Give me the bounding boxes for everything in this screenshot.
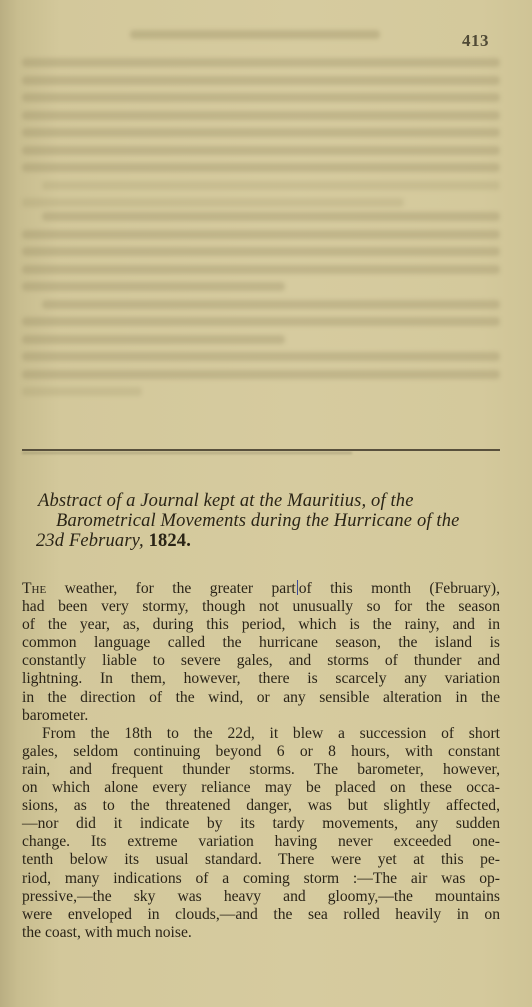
section-divider-rule (22, 449, 500, 451)
paragraph-2: From the 18th to the 22d, it blew a succ… (22, 725, 500, 942)
faded-line (42, 212, 500, 221)
text-line: rain, and frequent thunder storms. The b… (22, 761, 500, 779)
text-line: of the year, as, during this period, whi… (22, 616, 500, 634)
faded-line (22, 370, 500, 379)
faded-line (22, 146, 500, 155)
faded-line (22, 247, 500, 256)
text-line: change. Its extreme variation having nev… (22, 833, 500, 851)
title-date: 23d February, (36, 531, 144, 551)
faded-line (22, 163, 500, 172)
text-line: The weather, for the greater partof this… (22, 580, 500, 598)
text-cursor (297, 580, 298, 595)
title-year: 1824. (149, 531, 191, 551)
faded-line (22, 282, 285, 291)
page-header: 413 (0, 14, 532, 44)
document-page: 413 Abstract of a Journal kept at the Ma… (0, 0, 532, 1007)
text-line: tenth below its usual standard. There we… (22, 851, 500, 869)
text-line: barometer. (22, 707, 500, 725)
faded-text-block-2 (22, 212, 500, 405)
article-title: Abstract of a Journal kept at the Maurit… (38, 491, 518, 551)
text-line: constantly liable to severe gales, and s… (22, 652, 500, 670)
faded-text-block-1 (22, 58, 500, 216)
faded-line (22, 128, 500, 137)
faded-line (22, 335, 285, 344)
faded-line (22, 58, 500, 67)
faded-line (42, 181, 500, 190)
title-line-2: Barometrical Movements during the Hurric… (38, 511, 518, 531)
faded-line (22, 111, 500, 120)
section-divider-shadow (22, 452, 352, 454)
text-line: common language called the hurricane sea… (22, 634, 500, 652)
title-line-3: 23d February, 1824. (36, 531, 518, 551)
faded-line (22, 317, 500, 326)
text-line: —nor did it indicate by its tardy moveme… (22, 815, 500, 833)
text-line: lightning. In them, however, there is sc… (22, 670, 500, 688)
faded-line (22, 198, 404, 207)
text-line: in the direction of the wind, or any sen… (22, 689, 500, 707)
running-head-faded (130, 30, 380, 39)
text-line: gales, seldom continuing beyond 6 or 8 h… (22, 743, 500, 761)
text-line: on which alone every reliance may be pla… (22, 779, 500, 797)
text-line: had been very stormy, though not unusual… (22, 598, 500, 616)
text-line: riod, many indications of a coming storm… (22, 870, 500, 888)
faded-line (42, 300, 500, 309)
title-line-1: Abstract of a Journal kept at the Maurit… (38, 491, 518, 511)
paragraph-1: The weather, for the greater partof this… (22, 580, 500, 725)
text-line: were enveloped in clouds,—and the sea ro… (22, 906, 500, 924)
faded-line (22, 352, 500, 361)
text-line: the coast, with much noise. (22, 924, 500, 942)
article-body: The weather, for the greater partof this… (22, 580, 500, 942)
faded-line (22, 230, 500, 239)
faded-line (22, 387, 142, 396)
text-line: pressive,—the sky was heavy and gloomy,—… (22, 888, 500, 906)
text-line: From the 18th to the 22d, it blew a succ… (22, 725, 500, 743)
faded-line (22, 93, 500, 102)
opening-word: The (22, 580, 46, 597)
faded-line (22, 76, 500, 85)
text-line: sions, as to the threatened danger, was … (22, 797, 500, 815)
faded-line (22, 265, 500, 274)
page-number: 413 (462, 31, 489, 51)
